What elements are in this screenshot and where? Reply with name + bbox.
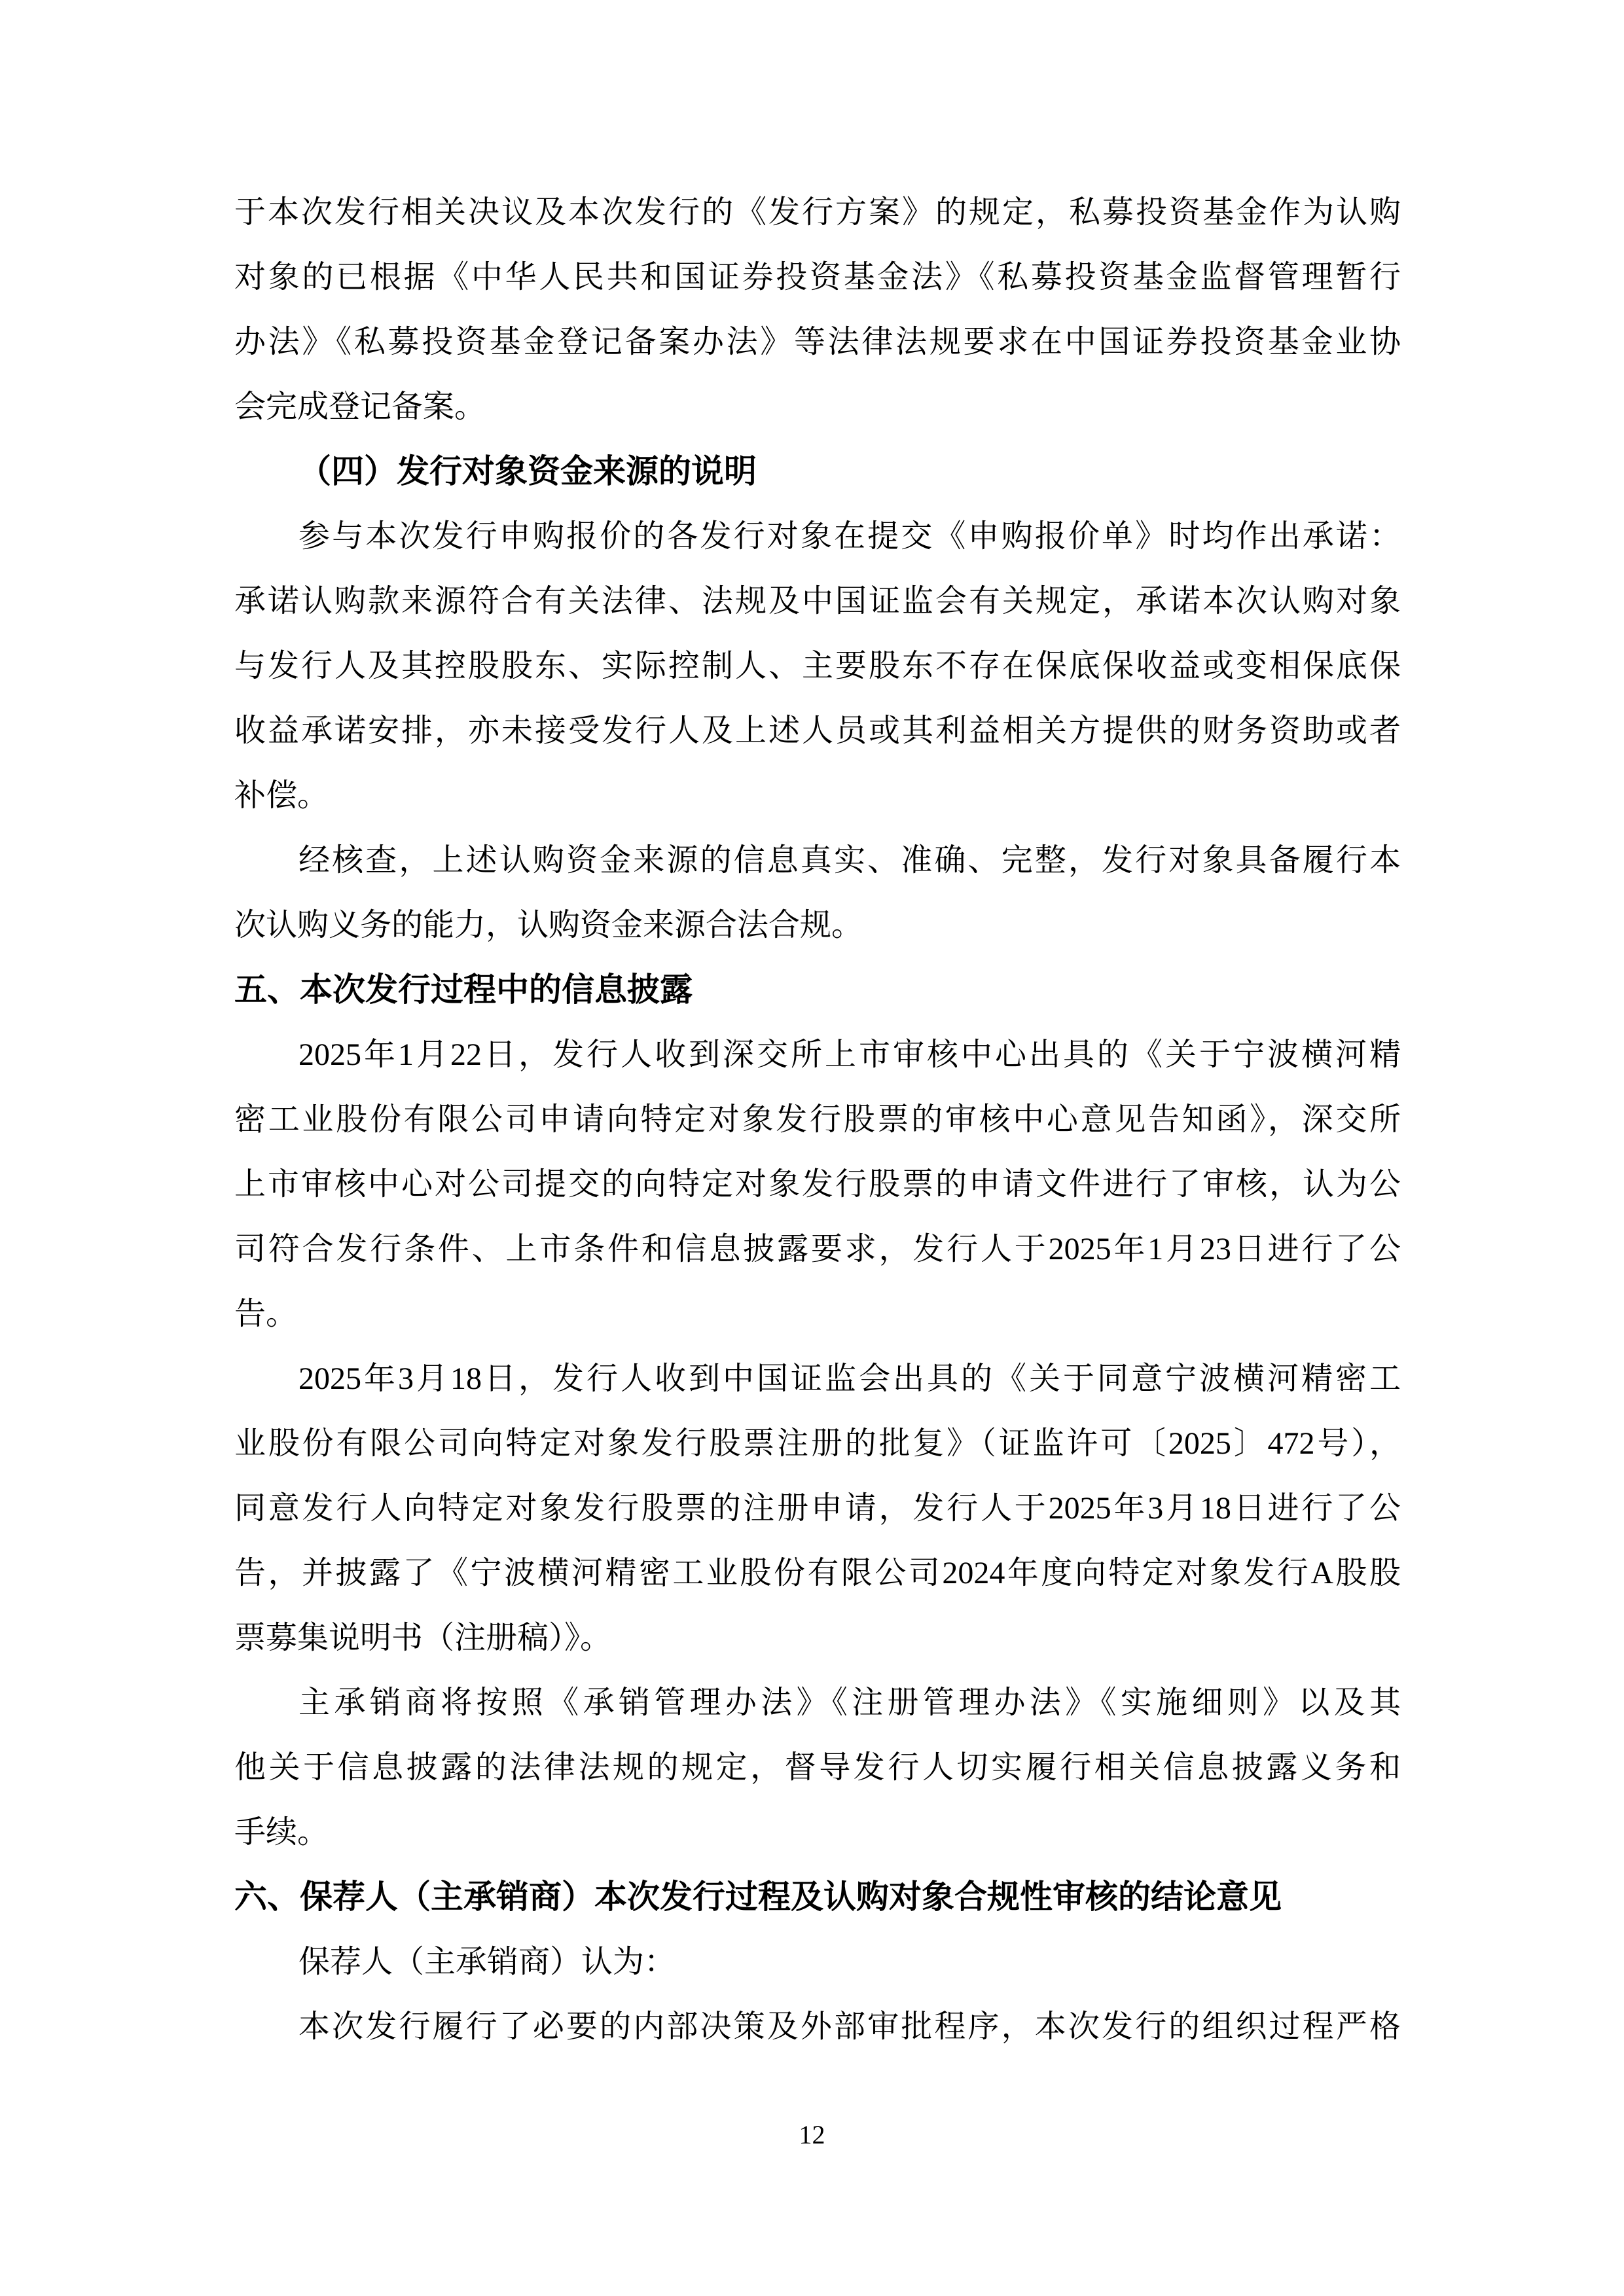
- text-line: 票募集说明书（注册稿）》。: [234, 1605, 1401, 1670]
- document-body: 于本次发行相关决议及本次发行的《发行方案》的规定，私募投资基金作为认购对象的已根…: [234, 180, 1401, 2059]
- text-line: 于本次发行相关决议及本次发行的《发行方案》的规定，私募投资基金作为认购: [234, 180, 1401, 245]
- page-number: 12: [0, 2119, 1624, 2151]
- text-line: 经核查，上述认购资金来源的信息真实、准确、完整，发行对象具备履行本: [234, 828, 1401, 893]
- text-line: 密工业股份有限公司申请向特定对象发行股票的审核中心意见告知函》，深交所: [234, 1087, 1401, 1152]
- text-line: 同意发行人向特定对象发行股票的注册申请，发行人于2025年3月18日进行了公: [234, 1476, 1401, 1541]
- text-line: 与发行人及其控股股东、实际控制人、主要股东不存在保底保收益或变相保底保: [234, 634, 1401, 698]
- text-line: 告。: [234, 1282, 1401, 1346]
- text-line: 本次发行履行了必要的内部决策及外部审批程序，本次发行的组织过程严格: [234, 1994, 1401, 2059]
- text-line: 保荐人（主承销商）认为：: [234, 1929, 1401, 1994]
- text-line: 办法》《私募投资基金登记备案办法》等法律法规要求在中国证券投资基金业协: [234, 310, 1401, 374]
- text-line: 补偿。: [234, 763, 1401, 828]
- text-line: 会完成登记备案。: [234, 374, 1401, 439]
- text-line: 承诺认购款来源符合有关法律、法规及中国证监会有关规定，承诺本次认购对象: [234, 569, 1401, 634]
- section-heading: 六、保荐人（主承销商）本次发行过程及认购对象合规性审核的结论意见: [234, 1865, 1401, 1929]
- text-line: 对象的已根据《中华人民共和国证券投资基金法》《私募投资基金监督管理暂行: [234, 245, 1401, 310]
- section-heading: （四）发行对象资金来源的说明: [234, 439, 1401, 504]
- text-line: 2025年1月22日，发行人收到深交所上市审核中心出具的《关于宁波横河精: [234, 1022, 1401, 1087]
- text-line: 参与本次发行申购报价的各发行对象在提交《申购报价单》时均作出承诺：: [234, 504, 1401, 569]
- text-line: 司符合发行条件、上市条件和信息披露要求，发行人于2025年1月23日进行了公: [234, 1217, 1401, 1282]
- text-line: 手续。: [234, 1800, 1401, 1865]
- text-line: 他关于信息披露的法律法规的规定，督导发行人切实履行相关信息披露义务和: [234, 1735, 1401, 1800]
- text-line: 上市审核中心对公司提交的向特定对象发行股票的申请文件进行了审核，认为公: [234, 1152, 1401, 1217]
- text-line: 业股份有限公司向特定对象发行股票注册的批复》（证监许可〔2025〕472号），: [234, 1411, 1401, 1476]
- text-line: 次认购义务的能力，认购资金来源合法合规。: [234, 893, 1401, 958]
- text-line: 告，并披露了《宁波横河精密工业股份有限公司2024年度向特定对象发行A股股: [234, 1541, 1401, 1605]
- text-line: 收益承诺安排，亦未接受发行人及上述人员或其利益相关方提供的财务资助或者: [234, 698, 1401, 763]
- text-line: 主承销商将按照《承销管理办法》《注册管理办法》《实施细则》以及其: [234, 1670, 1401, 1735]
- section-heading: 五、本次发行过程中的信息披露: [234, 958, 1401, 1022]
- document-page: 于本次发行相关决议及本次发行的《发行方案》的规定，私募投资基金作为认购对象的已根…: [0, 0, 1624, 2296]
- text-line: 2025年3月18日，发行人收到中国证监会出具的《关于同意宁波横河精密工: [234, 1346, 1401, 1411]
